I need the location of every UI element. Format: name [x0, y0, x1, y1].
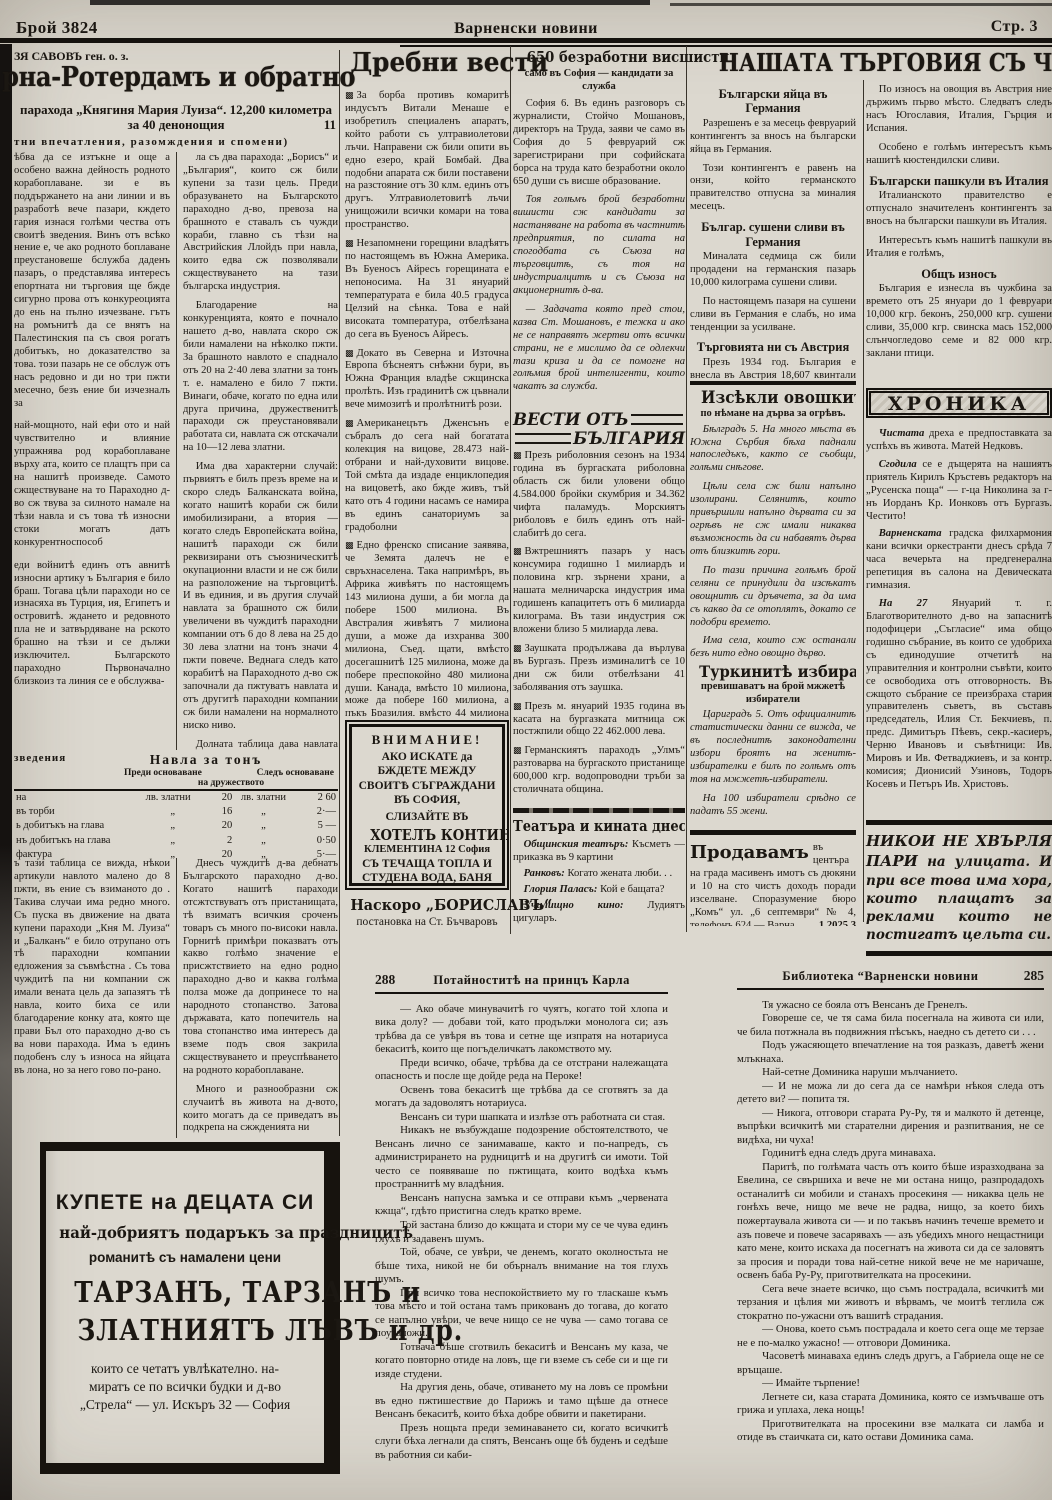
brief-item-text: Незапомнени горещини владѣятъ по настоящ… — [345, 238, 509, 339]
novel-page-number: 288 — [375, 972, 395, 989]
item-marker-icon: ▩ — [345, 92, 354, 101]
section-rule — [690, 381, 856, 385]
ad-line: АКО ИСКАТЕ да БЖДЕТЕ МЕЖДУ СВОИТѢ СЪГРАЖ… — [356, 750, 498, 808]
ad-line: най-добриятъ подаръкъ за праздницитѣ — [46, 1223, 324, 1242]
novel-paragraph: Годинитѣ една следъ друга минаваха. — [737, 1147, 1044, 1161]
novel-page-number: 285 — [1024, 968, 1044, 985]
hotel-name-text: ХОТЕЛЪ КОНТИНЕНТАЛЪ — [370, 826, 509, 844]
briefs-list: ▩За борба противъ комаритѣ индусътъ Вита… — [345, 90, 509, 716]
hotel-ad: ВНИМАНИЕ! АКО ИСКАТЕ да БЖДЕТЕ МЕЖДУ СВО… — [345, 720, 509, 890]
theater-item: Ранковъ: Когато жената люби. . . — [513, 868, 685, 881]
novel-paragraph: Най-сетне Доминика наруши мълчанието. — [737, 1066, 1044, 1080]
trade-paragraph: Италианското правителство е отпуснало зн… — [866, 190, 1052, 229]
ad-line: миратъ се по всички будки и д-во — [46, 1379, 324, 1395]
item-marker-icon: ▩ — [513, 645, 522, 654]
fare-unit: „ — [144, 819, 202, 833]
column-divider-4 — [863, 80, 864, 922]
trade-section-title: Български пашкули въ Италия — [866, 174, 1052, 188]
orchards-body: Бѣлградъ 5. На много мѣста въ Южна Сърби… — [690, 424, 856, 660]
brief-item: ▩Незапомнени горещини владѣятъ по настоя… — [345, 238, 509, 341]
novel-paragraph: Подъ ужасяющето впечатление на тоя разка… — [737, 1039, 1044, 1066]
fare-after: 2·— — [293, 805, 338, 819]
table-row: нъ добитъкъ на глава „ 2 „ 0·50 — [14, 834, 338, 848]
novel-paragraph: — Имайте търпение! — [737, 1377, 1044, 1391]
novel-paragraph: Часоветѣ минаваха единъ следъ другъ, а Г… — [737, 1350, 1044, 1377]
ad-line: СЛИЗАЙТЕ ВЪ — [356, 810, 498, 824]
trade-col-a: Български яйца въ Германия Разрешенъ е з… — [690, 84, 856, 380]
fares-header-sub: на дружеството — [14, 778, 338, 791]
novel-right-header: Библиотека “Варненски новини 285 — [737, 968, 1044, 990]
voters-title-text: Туркинитѣ избирателки — [699, 662, 856, 681]
table-row: на лв. златни 20 лв. златни 2 60 — [14, 791, 338, 805]
novel-paragraph: Освенъ това бекаситѣ ще трѣбва да се сго… — [375, 1084, 668, 1111]
voters-body: Цариградъ 5. Отъ официалнитѣ статистичес… — [690, 709, 856, 818]
venue-name: Общинския театъръ: — [524, 839, 629, 850]
fare-unit: лв. златни — [234, 791, 292, 805]
trade-paragraph: По настоящемъ пазаря на сушени сливи въ … — [690, 296, 856, 335]
chronicle-item: Варненската градска филхармония кани вси… — [866, 528, 1052, 593]
fare-label: на — [14, 791, 144, 805]
novel-paragraph: Той, обаче, се увѣри, че денемъ, когато … — [375, 1246, 668, 1287]
column-divider-1 — [339, 50, 340, 1136]
fare-unit: „ — [234, 834, 292, 848]
trade-section-title: Български яйца въ Германия — [690, 87, 856, 116]
lead-byline: тни впечатления, разомждения и спомени) — [14, 136, 289, 148]
lead-paragraph: Долната таблица дава навлата преди и сле… — [183, 739, 338, 750]
brief-item-text: Докато въ Северна и Източна Европа бѣсне… — [345, 348, 509, 411]
brief-item-text: Едно френско списание заявява, че Земята… — [345, 540, 509, 716]
fare-unit: „ — [144, 805, 202, 819]
lead-paragraph: ла съ два парахода: „Борисъ“ и „България… — [183, 152, 338, 294]
trade-paragraph: По износъ на овощия въ Австрия ние държи… — [866, 84, 1052, 136]
newspaper-page: Брой 3824 Варненски новини Стр. 3 ЗЯ САВ… — [0, 0, 1052, 1500]
trade-col-b: По износъ на овощия въ Австрия ние държи… — [866, 84, 1052, 380]
lead-part-number: 11 — [324, 117, 336, 133]
item-marker-icon: ▩ — [345, 542, 354, 551]
trade-paragraph: Интересътъ къмъ нашитѣ пашкули въ Италия… — [866, 235, 1052, 261]
lead-paragraph: ъ тази таблица се вижда, нѣкои артикули … — [14, 858, 170, 1078]
novel-paragraph: Той застана близо до кжщата и стори му с… — [375, 1219, 668, 1246]
jobless-title-wrap: 650 безработни висшисти — [513, 48, 685, 67]
item-marker-icon: ▩ — [345, 420, 354, 429]
trade-section-title: Търговията ни съ Австрия — [690, 340, 856, 354]
hotel-name: ХОТЕЛЪ КОНТИНЕНТАЛЪ — [356, 826, 498, 844]
ad-title-line: ТАРЗАНЪ, ТАРЗАНЪ и — [46, 1275, 324, 1309]
fare-before: 16 — [202, 805, 234, 819]
lead-paragraph: Има два характерни случай: първиятъ е би… — [183, 461, 338, 732]
novel-paragraph: Говореше се, че тя сама била посегнала н… — [737, 1012, 1044, 1039]
brief-item-text: За борба противъ комаритѣ индусътъ Витал… — [345, 90, 509, 230]
lead-paragraph: най-мощното, най ефи ото и най чувствите… — [14, 420, 170, 549]
fare-unit: „ — [234, 819, 292, 833]
theater-title: Театъра и кината днесъ — [513, 818, 685, 835]
chronicle-lead: Сгодила — [879, 459, 917, 470]
lead-subhead: парахода „Княгиня Мария Луиза“. 12,200 к… — [14, 102, 338, 118]
scan-edge-top — [90, 0, 650, 5]
table-row: ь добитъкъ на глава „ 20 „ 5 — — [14, 819, 338, 833]
brief-item: ▩Американецътъ Дженсънъ е събралъ до сег… — [345, 418, 509, 534]
novel-paragraph: На другия день, обаче, отиването му на л… — [375, 1381, 668, 1422]
news-item: ▩Презъ риболовния сезонъ на 1934 година … — [513, 450, 685, 540]
bulgaria-news-header-row1: ВЕСТИ ОТЪ — [513, 410, 685, 429]
column-divider-2 — [510, 46, 511, 934]
fare-after: 0·50 — [293, 834, 338, 848]
lead-subhead-row: за 40 денонощия 11 — [14, 117, 338, 133]
sale-ad-ref: 1 2025 3 — [819, 920, 856, 926]
trade-paragraph: България е изнесла въ чужбина за времето… — [866, 283, 1052, 361]
theater-item: Общинския театъръ: Късметъ — приказка въ… — [513, 839, 685, 865]
novel-paragraph: Легнете си, каза старата Доминика, която… — [737, 1391, 1044, 1418]
novel-paragraph: — Онова, което съмъ пострадала и което с… — [737, 1323, 1044, 1350]
news-item: ▩Германскиятъ параходъ „Улмъ“ разтоварва… — [513, 745, 685, 797]
novel-paragraph: — Никога, отговори старата Ру-Ру, тя и м… — [737, 1107, 1044, 1148]
theater-item: Глория Паласъ: Кой е бащата? — [513, 884, 685, 897]
fare-before: 20 — [202, 819, 234, 833]
column-divider-3 — [686, 46, 687, 932]
lead-subcol-right: ла съ два парахода: „Борисъ“ и „България… — [176, 152, 338, 750]
orchards-paragraph: Цѣли села сж били напълно изолирани. Сел… — [690, 481, 856, 559]
trade-paragraph: Миналата седмица сж били продадени на ге… — [690, 251, 856, 290]
paper-title: Варненски новини — [0, 20, 1052, 38]
novel-paragraph: Венсанъ си тури шапката и излѣзе отъ раб… — [375, 1111, 668, 1125]
fare-after: 2 60 — [293, 791, 338, 805]
bulgaria-news-list: ▩Презъ риболовния сезонъ на 1934 година … — [513, 450, 685, 804]
trade-headline-wrap: НАШАТА ТЪРГОВИЯ СЪ ЧУЖБИНА — [688, 48, 1052, 77]
chronicle-item: Сгодила се е дъщерята на нашиятъ приятел… — [866, 459, 1052, 524]
sale-ad: Продавамъ въ центъра на града масивенъ и… — [690, 842, 856, 926]
lead-subcol-left: ѣбва да се изтъкне и още а особено важна… — [14, 152, 176, 750]
theater-ribbon — [513, 808, 685, 813]
voters-paragraph: На 100 избиратели срѣдно се падатъ 55 же… — [690, 793, 856, 819]
jobless-paragraph: София 6. Въ единъ разговоръ съ журналист… — [513, 98, 685, 188]
venue-name: Глория Паласъ: — [524, 884, 598, 895]
theater-title-text: Театъра и кината днесъ — [513, 818, 685, 835]
ad-line: КЛЕМЕНТИНА 12 София — [356, 844, 498, 855]
jobless-body: София 6. Въ единъ разговоръ съ журналист… — [513, 98, 685, 408]
item-marker-icon: ▩ — [345, 350, 354, 359]
orchards-subtitle: по нѣмане на дърва за огрѣвъ. — [690, 408, 856, 421]
ad-line: КУПЕТЕ на ДЕЦАТА СИ — [46, 1191, 324, 1215]
item-marker-icon: ▩ — [513, 703, 522, 712]
orchards-paragraph: По тази причина голѣмъ брой селяни се пр… — [690, 565, 856, 630]
voters-article: Туркинитѣ избирателки превишаватъ на бро… — [690, 662, 856, 828]
item-marker-icon: ▩ — [513, 548, 522, 557]
novel-paragraph: Приготвителката на просекини взе малката… — [737, 1418, 1044, 1445]
chronicle-banner: ХРОНИКА — [866, 388, 1052, 418]
novel-paragraph: Никакъ не възбуждаше подозрение обстояте… — [375, 1124, 668, 1192]
borislav-sub: постановка на Ст. Бъчваровъ — [345, 916, 509, 928]
scan-edge-left — [0, 44, 12, 1500]
news-item: ▩Вжтрешниятъ пазаръ у насъ консумира год… — [513, 546, 685, 636]
lead-subcol-left: ъ тази таблица се вижда, нѣкои артикули … — [14, 858, 176, 1138]
theater-section: Театъра и кината днесъ Общинския театъръ… — [513, 818, 685, 932]
lead-text-upper: ѣбва да се изтъкне и още а особено важна… — [14, 152, 338, 750]
lead-text-lower: ъ тази таблица се вижда, нѣкои артикули … — [14, 858, 338, 1138]
bulgaria-news-header-row2: БЪЛГАРИЯ — [513, 429, 685, 448]
trade-paragraph: Презъ 1934 год. България е внесла въ Авс… — [690, 357, 856, 380]
double-rule — [631, 414, 683, 425]
lead-paragraph: Днесъ чуждитѣ д-ва дебнатъ Българското п… — [183, 858, 338, 1078]
brief-item-text: Американецътъ Дженсънъ е събралъ до сега… — [345, 418, 509, 532]
lead-paragraph: ѣбва да се изтъкне и още а особено важна… — [14, 152, 170, 410]
fare-unit: „ — [234, 805, 292, 819]
fare-before: 2 — [202, 834, 234, 848]
brief-item: ▩За борба противъ комаритѣ индусътъ Вита… — [345, 90, 509, 232]
ad-title-line: ЗЛАТНИЯТЪ ЛЪВЪ и др. — [46, 1313, 324, 1347]
chronicle-text: Януарий т. г. Благотворителното д-во на … — [866, 598, 1052, 790]
fares-header-before: Преди основаване — [124, 768, 202, 778]
novel-paragraph: — И не можа ли до сега да се намѣри нѣко… — [737, 1080, 1044, 1107]
fare-label: нъ добитъкъ на глава — [14, 834, 144, 848]
novel-paragraph: При всичко това неспокойствието му го тл… — [375, 1287, 668, 1341]
fare-after: 5 — — [293, 819, 338, 833]
ad-line-text: най-добриятъ подаръкъ за праздницитѣ — [59, 1223, 413, 1242]
news-item-text: Презъ м. януарий 1935 година въ касата н… — [513, 701, 685, 738]
fares-header-after: Следъ основаване — [257, 768, 334, 778]
tarzan-ad: КУПЕТЕ на ДЕЦАТА СИ най-добриятъ подарък… — [40, 1142, 340, 1474]
chronicle-lead: На 27 — [879, 598, 928, 609]
chronicle-list: Чистата дреха е предпоставката за успѣхъ… — [866, 428, 1052, 816]
bulgaria-news-title-1: ВЕСТИ ОТЪ — [513, 410, 629, 429]
news-item: ▩Заушката продължава да върлува въ Бурга… — [513, 643, 685, 695]
bulgaria-news-header: ВЕСТИ ОТЪ БЪЛГАРИЯ — [513, 410, 685, 448]
show-name: Кой е бащата? — [600, 884, 664, 895]
ad-line: които се четатъ увлѣкателно. на- — [46, 1361, 324, 1377]
fare-label: въ торби — [14, 805, 144, 819]
novel-paragraph: Сега вече знаете всичко, що съмъ пострад… — [737, 1283, 1044, 1324]
ad-line: ВНИМАНИЕ! — [356, 732, 498, 748]
fare-unit: „ — [144, 834, 202, 848]
voters-subtitle: превишаватъ на брой мжжетѣ избиратели — [690, 681, 856, 706]
table-row: въ торби „ 16 „ 2·— — [14, 805, 338, 819]
masthead-rule-2 — [400, 45, 1052, 47]
money-ad: НИКОИ НЕ ХВЪРЛЯ ПАРИ на улицата. И при в… — [866, 820, 1052, 956]
ad-title-text: ТАРЗАНЪ, ТАРЗАНЪ и — [74, 1275, 421, 1309]
theater-listings: Общинския театъръ: Късметъ — приказка въ… — [513, 839, 685, 926]
novel-left-header: 288 Потайноститѣ на принцъ Карла — [375, 972, 668, 994]
brief-item: ▩Едно френско списание заявява, че Земят… — [345, 540, 509, 716]
borislav-notice: Наскоро „БОРИСЛАВЪ“ постановка на Ст. Бъ… — [345, 896, 509, 928]
lead-headline: рна-Ротердамъ и обратно — [2, 62, 355, 93]
borislav-title: Наскоро „БОРИСЛАВЪ“ — [345, 896, 509, 914]
news-item-text: Заушката продължава да върлува въ Бургаз… — [513, 643, 685, 693]
novel-left: 288 Потайноститѣ на принцъ Карла — Ако о… — [375, 972, 668, 1472]
masthead-rule — [0, 38, 1052, 43]
news-item-text: Презъ риболовния сезонъ на 1934 година в… — [513, 450, 685, 539]
sale-ad-lead: Продавамъ — [690, 844, 809, 862]
novel-paragraph: Презъ нощьта преди земинаването си, кога… — [375, 1422, 668, 1463]
briefs-title-wrap: Дребни вести — [345, 48, 509, 78]
lead-subcol-right: Днесъ чуждитѣ д-ва дебнатъ Българското п… — [176, 858, 338, 1138]
trade-paragraph: Особено е голѣмъ интересътъ къмъ нашитѣ … — [866, 142, 1052, 168]
double-rule — [515, 433, 571, 444]
jobless-paragraph: — Задачата която пред стои, казва Ст. Мо… — [513, 304, 685, 394]
novel-paragraph: Паритѣ, по голѣмата часть отъ които бѣше… — [737, 1161, 1044, 1283]
novel-series-title: Библиотека “Варненски новини — [737, 969, 1024, 985]
chronicle-item: На 27 Януарий т. г. Благотворителното д-… — [866, 598, 1052, 792]
page-number: Стр. 3 — [991, 18, 1038, 36]
ad-line: „Стрела“ — ул. Искъръ 32 — София — [46, 1397, 324, 1413]
novel-paragraph: Тя ужасно се бояла отъ Венсанъ де Гренел… — [737, 999, 1044, 1013]
voters-paragraph: Цариградъ 5. Отъ официалнитѣ статистичес… — [690, 709, 856, 787]
trade-section-title: Българ. сушени сливи въ Германия — [690, 220, 856, 249]
trade-headline: НАШАТА ТЪРГОВИЯ СЪ ЧУЖБИНА — [719, 48, 1052, 77]
show-name: Когато жената люби. . . — [567, 868, 672, 879]
bulgaria-news-title-2: БЪЛГАРИЯ — [573, 429, 685, 448]
fares-header-row: Преди основаване Следъ основаване — [14, 768, 338, 778]
fare-label: ь добитъкъ на глава — [14, 819, 144, 833]
lead-subhead-2: за 40 денонощия — [14, 117, 338, 133]
chronicle-lead: Варненската — [879, 528, 942, 539]
brief-item: ▩Докато въ Северна и Източна Европа бѣсн… — [345, 348, 509, 413]
lead-paragraph: Благодарение на конкуренцията, която е п… — [183, 300, 338, 455]
novel-paragraph: — Ако обаче минувачитѣ го чуятъ, когато … — [375, 1003, 668, 1057]
trade-paragraph: Този контингентъ е равенъ на онзи, който… — [690, 163, 856, 215]
novel-paragraph: Венсанъ напусна замъка и се отправи къмъ… — [375, 1192, 668, 1219]
chronicle-item: Чистата дреха е предпоставката за успѣхъ… — [866, 428, 1052, 454]
chronicle-lead: Чистата — [879, 428, 925, 439]
trade-paragraph: Разрешенъ е за месець февруарий континге… — [690, 118, 856, 157]
novel-paragraph: Готвача бѣше сготвилъ бекаситѣ и Венсанъ… — [375, 1341, 668, 1382]
fares-side-label: зведения — [14, 752, 66, 764]
news-item-text: Германскиятъ параходъ „Улмъ“ разтоварва … — [513, 745, 685, 795]
fares-table: зведения Навла за тонъ Преди основаване … — [14, 752, 338, 862]
scan-edge-top-right — [670, 3, 1052, 6]
novel-paragraph: Преди всичко, обаче, трѣбва да се отстра… — [375, 1057, 668, 1084]
orchards-paragraph: Бѣлградъ 5. На много мѣста въ Южна Сърби… — [690, 424, 856, 476]
fare-unit: лв. златни — [144, 791, 202, 805]
item-marker-icon: ▩ — [345, 240, 354, 249]
item-marker-icon: ▩ — [513, 452, 522, 461]
ad-line: романитѣ съ намалени цени — [46, 1250, 324, 1265]
novel-right: Библиотека “Варненски новини 285 Тя ужас… — [737, 968, 1044, 1473]
venue-name: Училищно кино: — [524, 900, 624, 911]
lead-paragraph: Много и разнообразни сж случаитѣ въ живо… — [183, 1084, 338, 1136]
section-rule — [690, 830, 856, 835]
fares-rows: на лв. златни 20 лв. златни 2 60 въ торб… — [14, 791, 338, 862]
jobless-paragraph: Тоя голѣмъ брой безработни вишисти сж ка… — [513, 194, 685, 297]
orchards-article: Изсѣкли овошкитѣ си по нѣмане на дърва з… — [690, 388, 856, 660]
trade-section-title: Общъ износъ — [866, 267, 1052, 281]
voters-title: Туркинитѣ избирателки — [690, 662, 856, 681]
venue-name: Ранковъ: — [524, 868, 565, 879]
orchards-title-text: Изсѣкли овошкитѣ си — [701, 388, 856, 408]
news-item: ▩Презъ м. януарий 1935 година въ касата … — [513, 701, 685, 740]
item-marker-icon: ▩ — [513, 747, 522, 756]
lead-paragraph: еди войнитѣ единъ отъ авнитѣ износни арт… — [14, 560, 170, 689]
ad-line: СЪ ТЕЧАЩА ТОПЛА И СТУДЕНА ВОДА, БАНЯ АСА… — [356, 857, 498, 890]
orchards-paragraph: Има села, които сж останали безъ нито ед… — [690, 635, 856, 660]
novel-title: Потайноститѣ на принцъ Карла — [395, 973, 668, 989]
fare-before: 20 — [202, 791, 234, 805]
orchards-title: Изсѣкли овошкитѣ си — [690, 388, 856, 408]
jobless-subtitle: само въ София — кандидати за служба — [513, 68, 685, 93]
news-item-text: Вжтрешниятъ пазаръ у насъ консумира годи… — [513, 546, 685, 635]
theater-item: Училищно кино: Лудиятъ цигуларъ. — [513, 900, 685, 926]
